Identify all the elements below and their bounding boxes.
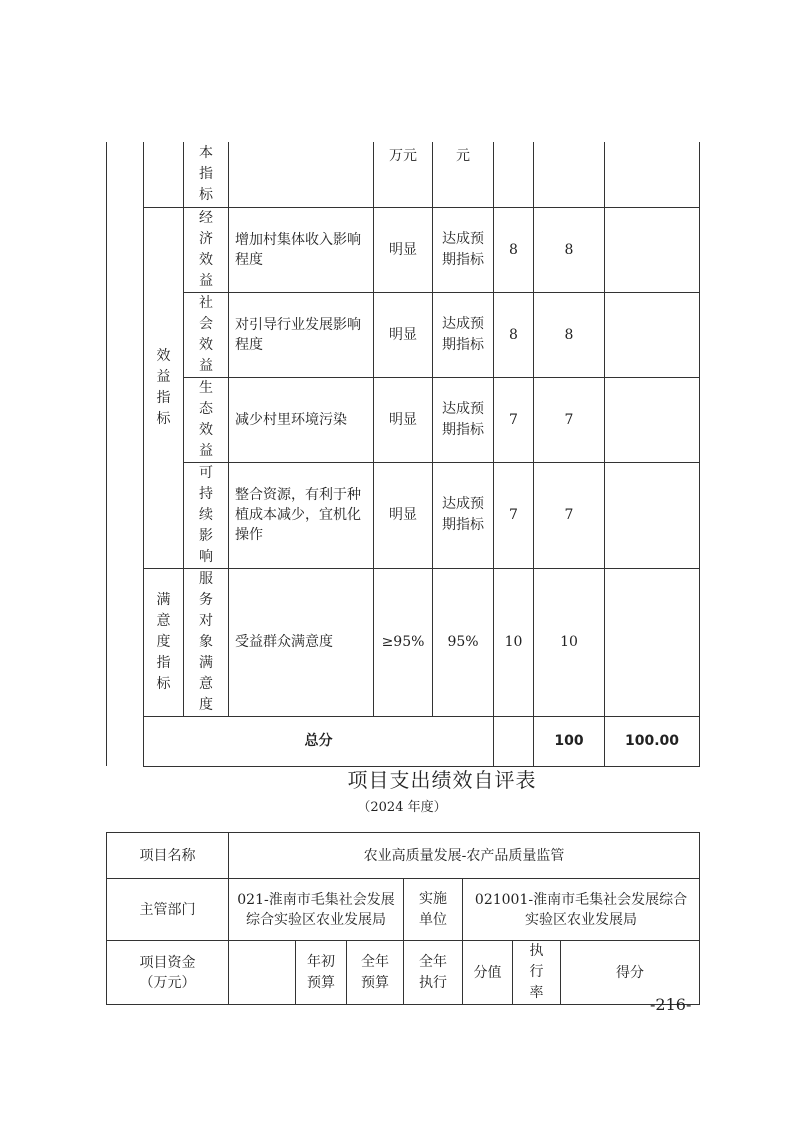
table-row: 社会效益 对引导行业发展影响程度 明显 达成预期指标 8 8 [107, 292, 700, 377]
table-row: 可持续影响 整合资源，有利于种植成本减少，宜机化操作 明显 达成预期指标 7 7 [107, 462, 700, 568]
outer-group-cell [107, 142, 144, 766]
table-row: 项目名称 农业高质量发展-农产品质量监管 [107, 833, 700, 879]
table-row: 满意度指标 服务对象满意度 受益群众满意度 ≥95% 95% 10 10 [107, 568, 700, 716]
dept-label: 主管部门 [107, 879, 229, 941]
self-evaluation-form: 项目名称 农业高质量发展-农产品质量监管 主管部门 021-淮南市毛集社会发展综… [106, 832, 700, 1005]
impl-label: 实施单位 [404, 879, 463, 941]
table-row: 生态效益 减少村里环境污染 明显 达成预期指标 7 7 [107, 377, 700, 462]
dept-value: 021-淮南市毛集社会发展综合实验区农业发展局 [229, 879, 404, 941]
total-weight: 100 [534, 716, 605, 766]
sub-indicator-cell: 本指标 [184, 142, 229, 207]
funds-label: 项目资金（万元） [107, 941, 229, 1005]
project-name-value: 农业高质量发展-农产品质量监管 [229, 833, 700, 879]
impl-value: 021001-淮南市毛集社会发展综合实验区农业发展局 [463, 879, 700, 941]
performance-indicator-table-continued: 本指标 万元 元 效益指标 经济效益 增加村集体收入影响程度 明显 达成预期指标… [106, 142, 700, 767]
group-cell: 效益指标 [144, 207, 184, 568]
page-number: -216- [650, 995, 691, 1014]
table-row: 项目资金（万元） 年初预算 全年预算 全年执行 分值 执行率 得分 [107, 941, 700, 1005]
total-label: 总分 [144, 716, 494, 766]
group-cell [144, 142, 184, 207]
table-row: 本指标 万元 元 [107, 142, 700, 207]
project-name-label: 项目名称 [107, 833, 229, 879]
unit-cell: 万元 [374, 142, 433, 207]
total-score: 100.00 [605, 716, 700, 766]
form-year: （2024 年度） [0, 796, 794, 815]
table-row: 主管部门 021-淮南市毛集社会发展综合实验区农业发展局 实施单位 021001… [107, 879, 700, 941]
total-row: 总分 100 100.00 [107, 716, 700, 766]
unit-cell: 元 [433, 142, 494, 207]
form-title: 项目支出绩效自评表 [0, 764, 794, 793]
table-row: 效益指标 经济效益 增加村集体收入影响程度 明显 达成预期指标 8 8 [107, 207, 700, 292]
